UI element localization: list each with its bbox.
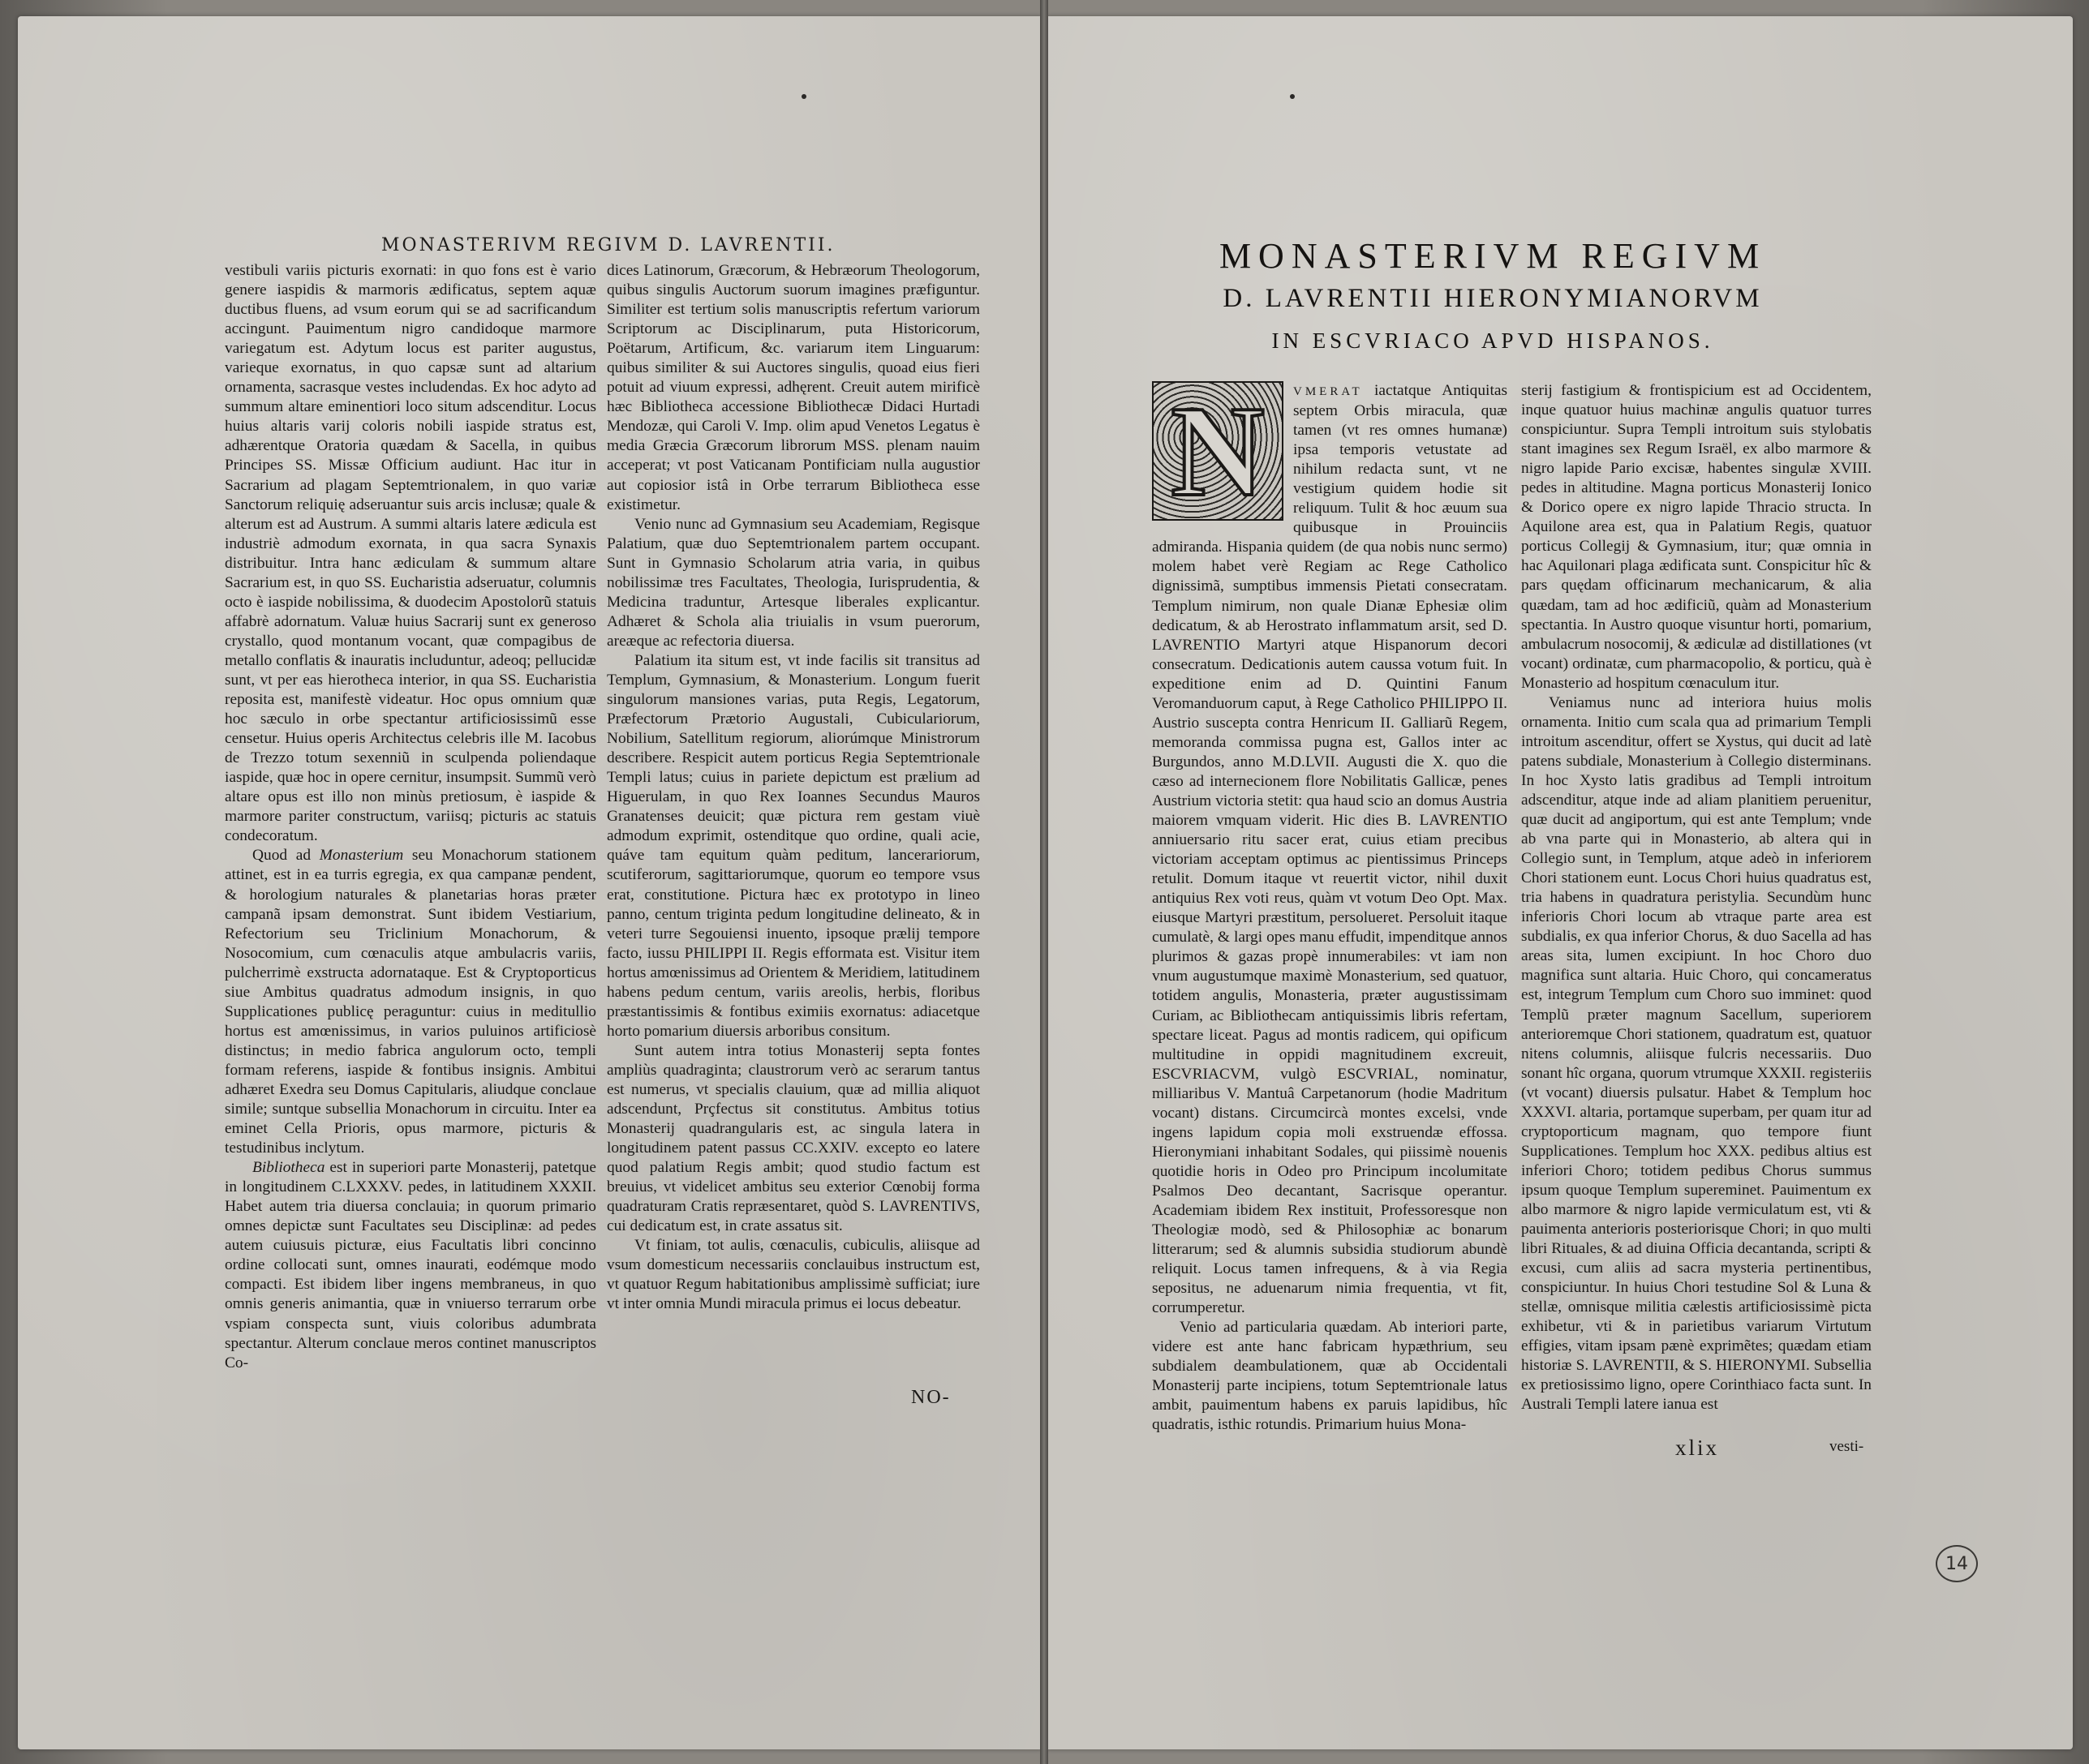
title-line-3: IN ESCVRIACO APVD HISPANOS. xyxy=(1120,328,1866,354)
running-head: MONASTERIVM REGIVM D. LAVRENTII. xyxy=(381,235,836,255)
paragraph: Palatium ita situm est, vt inde facilis … xyxy=(607,651,980,1041)
paragraph: Vt finiam, tot aulis, cœnaculis, cubicul… xyxy=(607,1236,980,1314)
paragraph: Quod ad Monasterium seu Monachorum stati… xyxy=(225,846,596,1158)
drop-cap-letter: N xyxy=(1154,383,1282,519)
small-caps-lead: VMERAT xyxy=(1293,385,1363,398)
italic-term: Monasterium xyxy=(320,847,403,864)
italic-term: Bibliotheca xyxy=(252,1159,325,1176)
pencil-annotation: 14 xyxy=(1936,1545,1978,1582)
paragraph-lead: Quod ad xyxy=(252,847,320,864)
paragraph-text: seu Monachorum stationem attinet, est in… xyxy=(225,847,596,1157)
paragraph: Veniamus nunc ad interiora huius molis o… xyxy=(1521,693,1872,1415)
left-column-1: vestibuli variis picturis exornati: in q… xyxy=(225,261,596,1373)
paragraph: Sunt autem intra totius Monasterij septa… xyxy=(607,1041,980,1236)
paragraph-text: est in superiori parte Monasterij, patet… xyxy=(225,1159,596,1371)
center-fold xyxy=(1040,0,1048,1764)
paragraph: Venio ad particularia quædam. Ab interio… xyxy=(1152,1318,1507,1435)
paragraph: dices Latinorum, Græcorum, & Hebræorum T… xyxy=(607,261,980,515)
left-column-2: dices Latinorum, Græcorum, & Hebræorum T… xyxy=(607,261,980,1315)
catchword: NO- xyxy=(911,1387,951,1409)
paragraph: sterij fastigium & frontispicium est ad … xyxy=(1521,381,1872,693)
paragraph: Venio nunc ad Gymnasium seu Academiam, R… xyxy=(607,515,980,651)
binding-hole xyxy=(1290,94,1295,99)
right-column-2: sterij fastigium & frontispicium est ad … xyxy=(1521,381,1872,1414)
title-line-2: D. LAVRENTII HIERONYMIANORVM xyxy=(1120,284,1866,314)
binding-hole xyxy=(802,94,806,99)
paragraph: Bibliotheca est in superiori parte Monas… xyxy=(225,1158,596,1373)
paragraph: vestibuli variis picturis exornati: in q… xyxy=(225,261,596,846)
right-column-1: N VMERAT iactatque Antiquitas septem Orb… xyxy=(1152,381,1507,1436)
catchword: vesti- xyxy=(1829,1438,1863,1456)
folio-number: xlix xyxy=(1675,1436,1719,1461)
decorated-initial-n-icon: N xyxy=(1152,381,1283,521)
title-line-1: MONASTERIVM REGIVM xyxy=(1120,235,1866,277)
